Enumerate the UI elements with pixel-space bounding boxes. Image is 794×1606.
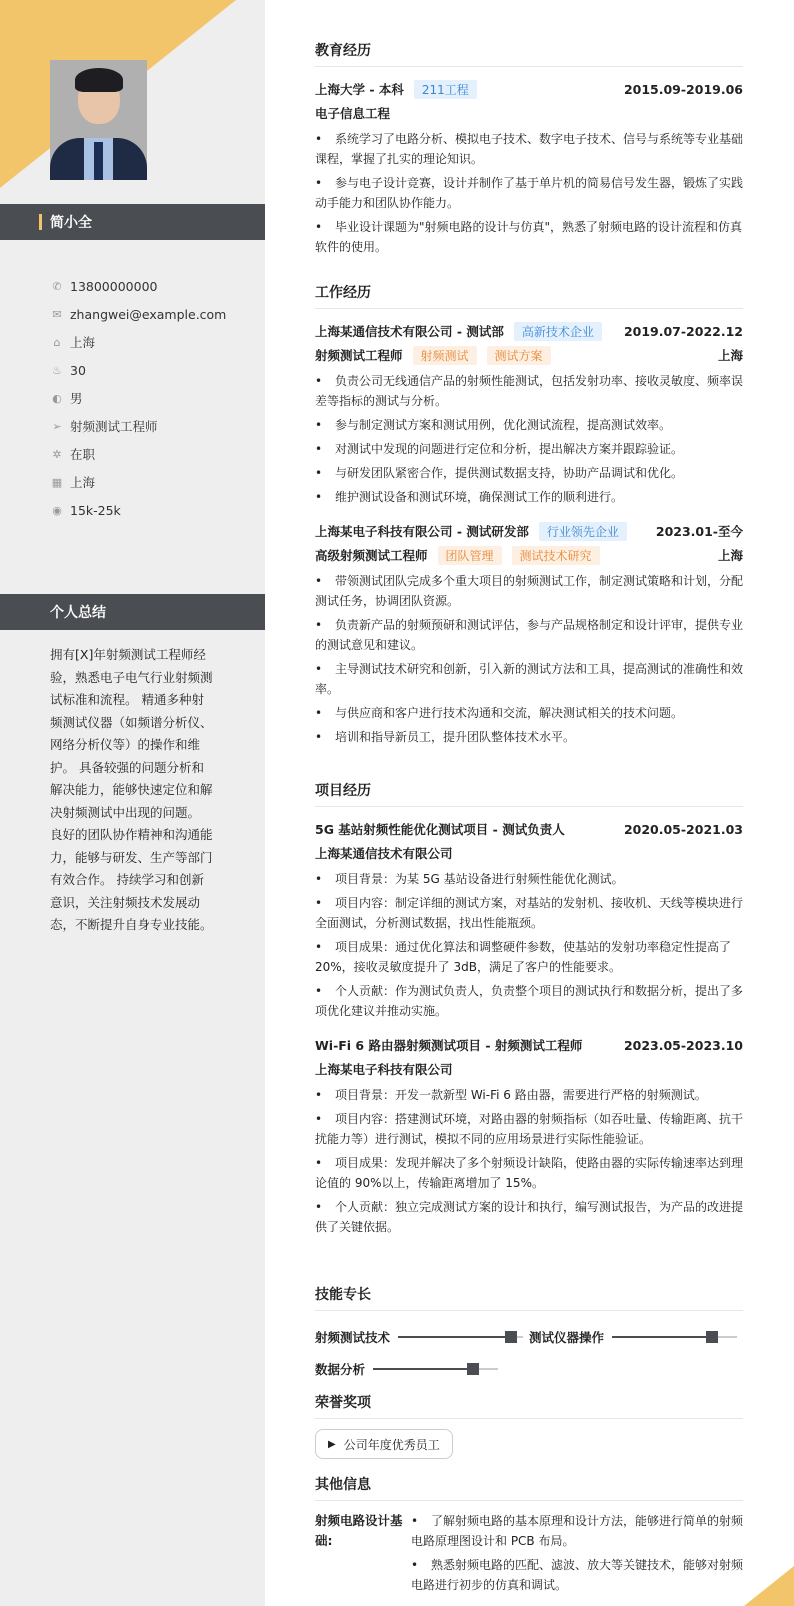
job-bullets: •负责公司无线通信产品的射频性能测试，包括发射功率、接收灵敏度、频率误差等指标的… [315, 371, 743, 507]
award-item[interactable]: ▶公司年度优秀员工 [315, 1429, 453, 1459]
contact-value: 男 [70, 389, 83, 407]
bullet-dot: • [315, 217, 335, 237]
list-item: •系统学习了电路分析、模拟电子技术、数字电子技术、信号与系统等专业基础课程，掌握… [315, 129, 743, 169]
contact-item: ♨30 [50, 356, 226, 384]
contact-item: ▦上海 [50, 468, 226, 496]
send-icon: ➢ [50, 419, 64, 433]
work-section: 工作经历 上海某通信技术有限公司 - 测试部高新技术企业2019.07-2022… [315, 282, 743, 759]
contact-value: 在职 [70, 445, 95, 463]
section-title: 其他信息 [315, 1474, 743, 1501]
skill-name: 数据分析 [315, 1360, 365, 1378]
section-title: 教育经历 [315, 40, 743, 67]
gender-icon: ◐ [50, 391, 64, 405]
bullet-dot: • [315, 129, 335, 149]
contact-item: ◉15k-25k [50, 496, 226, 524]
skill-item: 射频测试技术 [315, 1321, 529, 1353]
accent-bar [39, 214, 42, 230]
job-bullets: •带领测试团队完成多个重大项目的射频测试工作，制定测试策略和计划，分配测试任务，… [315, 571, 743, 747]
role-tag: 射频测试 [413, 346, 477, 365]
job-role-row: 射频测试工程师射频测试测试方案上海 [315, 343, 743, 367]
skill-slider[interactable] [612, 1336, 737, 1338]
contact-list: ✆13800000000✉zhangwei@example.com⌂上海♨30◐… [50, 272, 226, 524]
education-date: 2015.09-2019.06 [624, 82, 743, 97]
list-item: •负责公司无线通信产品的射频性能测试，包括发射功率、接收灵敏度、频率误差等指标的… [315, 371, 743, 411]
skills-section: 技能专长 射频测试技术测试仪器操作数据分析 [315, 1284, 743, 1385]
job-role-group: 射频测试工程师射频测试测试方案 [315, 346, 551, 365]
contact-value: 13800000000 [70, 279, 157, 294]
list-item: •参与制定测试方案和测试用例，优化测试流程，提高测试效率。 [315, 415, 743, 435]
contact-item: ✲在职 [50, 440, 226, 468]
list-item: •项目背景：开发一款新型 Wi-Fi 6 路由器，需要进行严格的射频测试。 [315, 1085, 743, 1105]
bullet-dot: • [315, 615, 335, 635]
company-tag: 行业领先企业 [539, 522, 627, 541]
sidebar: 简小全 ✆13800000000✉zhangwei@example.com⌂上海… [0, 0, 265, 1606]
list-item: •个人贡献：独立完成测试方案的设计和执行，编写测试报告，为产品的改进提供了关键依… [315, 1197, 743, 1237]
skill-fill [373, 1368, 473, 1370]
project-header: Wi-Fi 6 路由器射频测试项目 - 射频测试工程师2023.05-2023.… [315, 1033, 743, 1057]
skill-name: 测试仪器操作 [529, 1328, 604, 1346]
job-date: 2023.01-至今 [656, 522, 743, 540]
list-item: •个人贡献：作为测试负责人，负责整个项目的测试执行和数据分析，提出了多项优化建议… [315, 981, 743, 1021]
summary-title: 个人总结 [0, 594, 265, 630]
job-header: 上海某通信技术有限公司 - 测试部高新技术企业2019.07-2022.12 [315, 319, 743, 343]
job-role: 射频测试工程师 [315, 346, 403, 364]
contact-value: 上海 [70, 333, 95, 351]
company-name: 上海某通信技术有限公司 - 测试部 [315, 322, 504, 340]
list-item: •熟悉射频电路的匹配、滤波、放大等关键技术，能够对射频电路进行初步的仿真和调试。 [411, 1555, 743, 1595]
resume-page: 简小全 ✆13800000000✉zhangwei@example.com⌂上海… [0, 0, 794, 1606]
list-item: •主导测试技术研究和创新，引入新的测试方法和工具，提高测试的准确性和效率。 [315, 659, 743, 699]
job-entry: 上海某通信技术有限公司 - 测试部高新技术企业2019.07-2022.12射频… [315, 319, 743, 507]
play-triangle-icon: ▶ [328, 1439, 336, 1450]
contact-item: ✉zhangwei@example.com [50, 300, 226, 328]
project-date: 2020.05-2021.03 [624, 822, 743, 837]
bullet-dot: • [315, 1153, 335, 1173]
company-name: 上海某电子科技有限公司 - 测试研发部 [315, 522, 529, 540]
section-title: 工作经历 [315, 282, 743, 309]
job-date: 2019.07-2022.12 [624, 324, 743, 339]
school-tag: 211工程 [414, 80, 477, 99]
job-location: 上海 [718, 346, 743, 364]
job-role: 高级射频测试工程师 [315, 546, 428, 564]
role-tag: 测试方案 [487, 346, 551, 365]
education-bullets: •系统学习了电路分析、模拟电子技术、数字电子技术、信号与系统等专业基础课程，掌握… [315, 129, 743, 257]
contact-value: zhangwei@example.com [70, 307, 226, 322]
list-item: •带领测试团队完成多个重大项目的射频测试工作，制定测试策略和计划，分配测试任务，… [315, 571, 743, 611]
skill-fill [398, 1336, 511, 1338]
project-name: 5G 基站射频性能优化测试项目 - 测试负责人 [315, 820, 565, 838]
mail-icon: ✉ [50, 307, 64, 321]
skill-slider[interactable] [373, 1368, 498, 1370]
bullet-dot: • [315, 937, 335, 957]
bullet-dot: • [411, 1511, 431, 1531]
bullet-dot: • [315, 439, 335, 459]
bullet-dot: • [315, 1109, 335, 1129]
bullet-dot: • [315, 893, 335, 913]
project-company: 上海某通信技术有限公司 [315, 841, 743, 865]
list-item: •与供应商和客户进行技术沟通和交流，解决测试相关的技术问题。 [315, 703, 743, 723]
cake-icon: ♨ [50, 363, 64, 377]
education-section: 教育经历 上海大学 - 本科 211工程 2015.09-2019.06 电子信… [315, 40, 743, 257]
major: 电子信息工程 [315, 101, 743, 125]
skill-slider[interactable] [398, 1336, 523, 1338]
job-role-group: 高级射频测试工程师团队管理测试技术研究 [315, 546, 600, 565]
project-date: 2023.05-2023.10 [624, 1038, 743, 1053]
list-item: •项目成果：通过优化算法和调整硬件参数，使基站的发射功率稳定性提高了 20%，接… [315, 937, 743, 977]
skill-thumb[interactable] [706, 1331, 718, 1343]
list-item: •项目内容：搭建测试环境，对路由器的射频指标（如吞吐量、传输距离、抗干扰能力等）… [315, 1109, 743, 1149]
job-header: 上海某电子科技有限公司 - 测试研发部行业领先企业2023.01-至今 [315, 519, 743, 543]
list-item: •了解射频电路的基本原理和设计方法，能够进行简单的射频电路原理图设计和 PCB … [411, 1511, 743, 1551]
skill-name: 射频测试技术 [315, 1328, 390, 1346]
name-bar: 简小全 [0, 204, 265, 240]
list-item: •对测试中发现的问题进行定位和分析，提出解决方案并跟踪验证。 [315, 439, 743, 459]
project-name: Wi-Fi 6 路由器射频测试项目 - 射频测试工程师 [315, 1036, 582, 1054]
skill-item: 数据分析 [315, 1353, 529, 1385]
project-company: 上海某电子科技有限公司 [315, 1057, 743, 1081]
list-item: •参与电子设计竞赛，设计并制作了基于单片机的简易信号发生器，锻炼了实践动手能力和… [315, 173, 743, 213]
contact-item: ⌂上海 [50, 328, 226, 356]
bullet-dot: • [315, 487, 335, 507]
bullet-dot: • [315, 1085, 335, 1105]
phone-icon: ✆ [50, 279, 64, 293]
bullet-dot: • [315, 869, 335, 889]
list-item: •维护测试设备和测试环境，确保测试工作的顺利进行。 [315, 487, 743, 507]
list-item: •项目内容：制定详细的测试方案，对基站的发射机、接收机、天线等模块进行全面测试，… [315, 893, 743, 933]
bullet-dot: • [315, 703, 335, 723]
list-item: •负责新产品的射频预研和测试评估，参与产品规格制定和设计评审，提供专业的测试意见… [315, 615, 743, 655]
bullet-dot: • [315, 981, 335, 1001]
project-bullets: •项目背景：开发一款新型 Wi-Fi 6 路由器，需要进行严格的射频测试。•项目… [315, 1085, 743, 1237]
contact-value: 15k-25k [70, 503, 121, 518]
list-item: •项目成果：发现并解决了多个射频设计缺陷，使路由器的实际传输速率达到理论值的 9… [315, 1153, 743, 1193]
skill-thumb[interactable] [467, 1363, 479, 1375]
job-company-group: 上海某通信技术有限公司 - 测试部高新技术企业 [315, 322, 602, 341]
bullet-dot: • [315, 463, 335, 483]
status-icon: ✲ [50, 447, 64, 461]
bullet-dot: • [411, 1555, 431, 1575]
contact-value: 上海 [70, 473, 95, 491]
awards-section: 荣誉奖项 ▶公司年度优秀员工 [315, 1392, 743, 1459]
job-location: 上海 [718, 546, 743, 564]
bullet-dot: • [315, 727, 335, 747]
list-item: •与研发团队紧密合作，提供测试数据支持，协助产品调试和优化。 [315, 463, 743, 483]
project-entry: Wi-Fi 6 路由器射频测试项目 - 射频测试工程师2023.05-2023.… [315, 1033, 743, 1237]
project-bullets: •项目背景：为某 5G 基站设备进行射频性能优化测试。•项目内容：制定详细的测试… [315, 869, 743, 1021]
job-entry: 上海某电子科技有限公司 - 测试研发部行业领先企业2023.01-至今高级射频测… [315, 519, 743, 747]
company-tag: 高新技术企业 [514, 322, 602, 341]
building-icon: ▦ [50, 475, 64, 489]
contact-value: 30 [70, 363, 86, 378]
salary-icon: ◉ [50, 503, 64, 517]
avatar [50, 60, 147, 180]
contact-value: 射频测试工程师 [70, 417, 158, 435]
bullet-dot: • [315, 371, 335, 391]
other-section: 其他信息 射频电路设计基础: •了解射频电路的基本原理和设计方法，能够进行简单的… [315, 1474, 743, 1595]
list-item: •毕业设计课题为"射频电路的设计与仿真"，熟悉了射频电路的设计流程和仿真软件的使… [315, 217, 743, 257]
job-company-group: 上海某电子科技有限公司 - 测试研发部行业领先企业 [315, 522, 627, 541]
bullet-dot: • [315, 1197, 335, 1217]
other-bullets: •了解射频电路的基本原理和设计方法，能够进行简单的射频电路原理图设计和 PCB … [411, 1507, 743, 1595]
projects-section: 项目经历 5G 基站射频性能优化测试项目 - 测试负责人2020.05-2021… [315, 780, 743, 1249]
award-label: 公司年度优秀员工 [344, 1436, 440, 1453]
skill-item: 测试仪器操作 [529, 1321, 743, 1353]
list-item: •项目背景：为某 5G 基站设备进行射频性能优化测试。 [315, 869, 743, 889]
bullet-dot: • [315, 659, 335, 679]
skill-fill [612, 1336, 712, 1338]
profile-name: 简小全 [50, 212, 92, 232]
section-title: 技能专长 [315, 1284, 743, 1311]
section-title: 荣誉奖项 [315, 1392, 743, 1419]
summary-text: 拥有[X]年射频测试工程师经验，熟悉电子电气行业射频测试标准和流程。 精通多种射… [50, 644, 215, 937]
section-title: 项目经历 [315, 780, 743, 807]
role-tag: 团队管理 [438, 546, 502, 565]
list-item: •培训和指导新员工，提升团队整体技术水平。 [315, 727, 743, 747]
role-tag: 测试技术研究 [512, 546, 600, 565]
school-name: 上海大学 - 本科 [315, 80, 404, 98]
other-label: 射频电路设计基础: [315, 1511, 411, 1595]
skill-thumb[interactable] [505, 1331, 517, 1343]
bullet-dot: • [315, 415, 335, 435]
contact-item: ✆13800000000 [50, 272, 226, 300]
project-entry: 5G 基站射频性能优化测试项目 - 测试负责人2020.05-2021.03上海… [315, 817, 743, 1021]
bullet-dot: • [315, 173, 335, 193]
contact-item: ◐男 [50, 384, 226, 412]
contact-item: ➢射频测试工程师 [50, 412, 226, 440]
bullet-dot: • [315, 571, 335, 591]
home-icon: ⌂ [50, 335, 64, 349]
project-header: 5G 基站射频性能优化测试项目 - 测试负责人2020.05-2021.03 [315, 817, 743, 841]
decorative-triangle-bottom [744, 1566, 794, 1606]
job-role-row: 高级射频测试工程师团队管理测试技术研究上海 [315, 543, 743, 567]
